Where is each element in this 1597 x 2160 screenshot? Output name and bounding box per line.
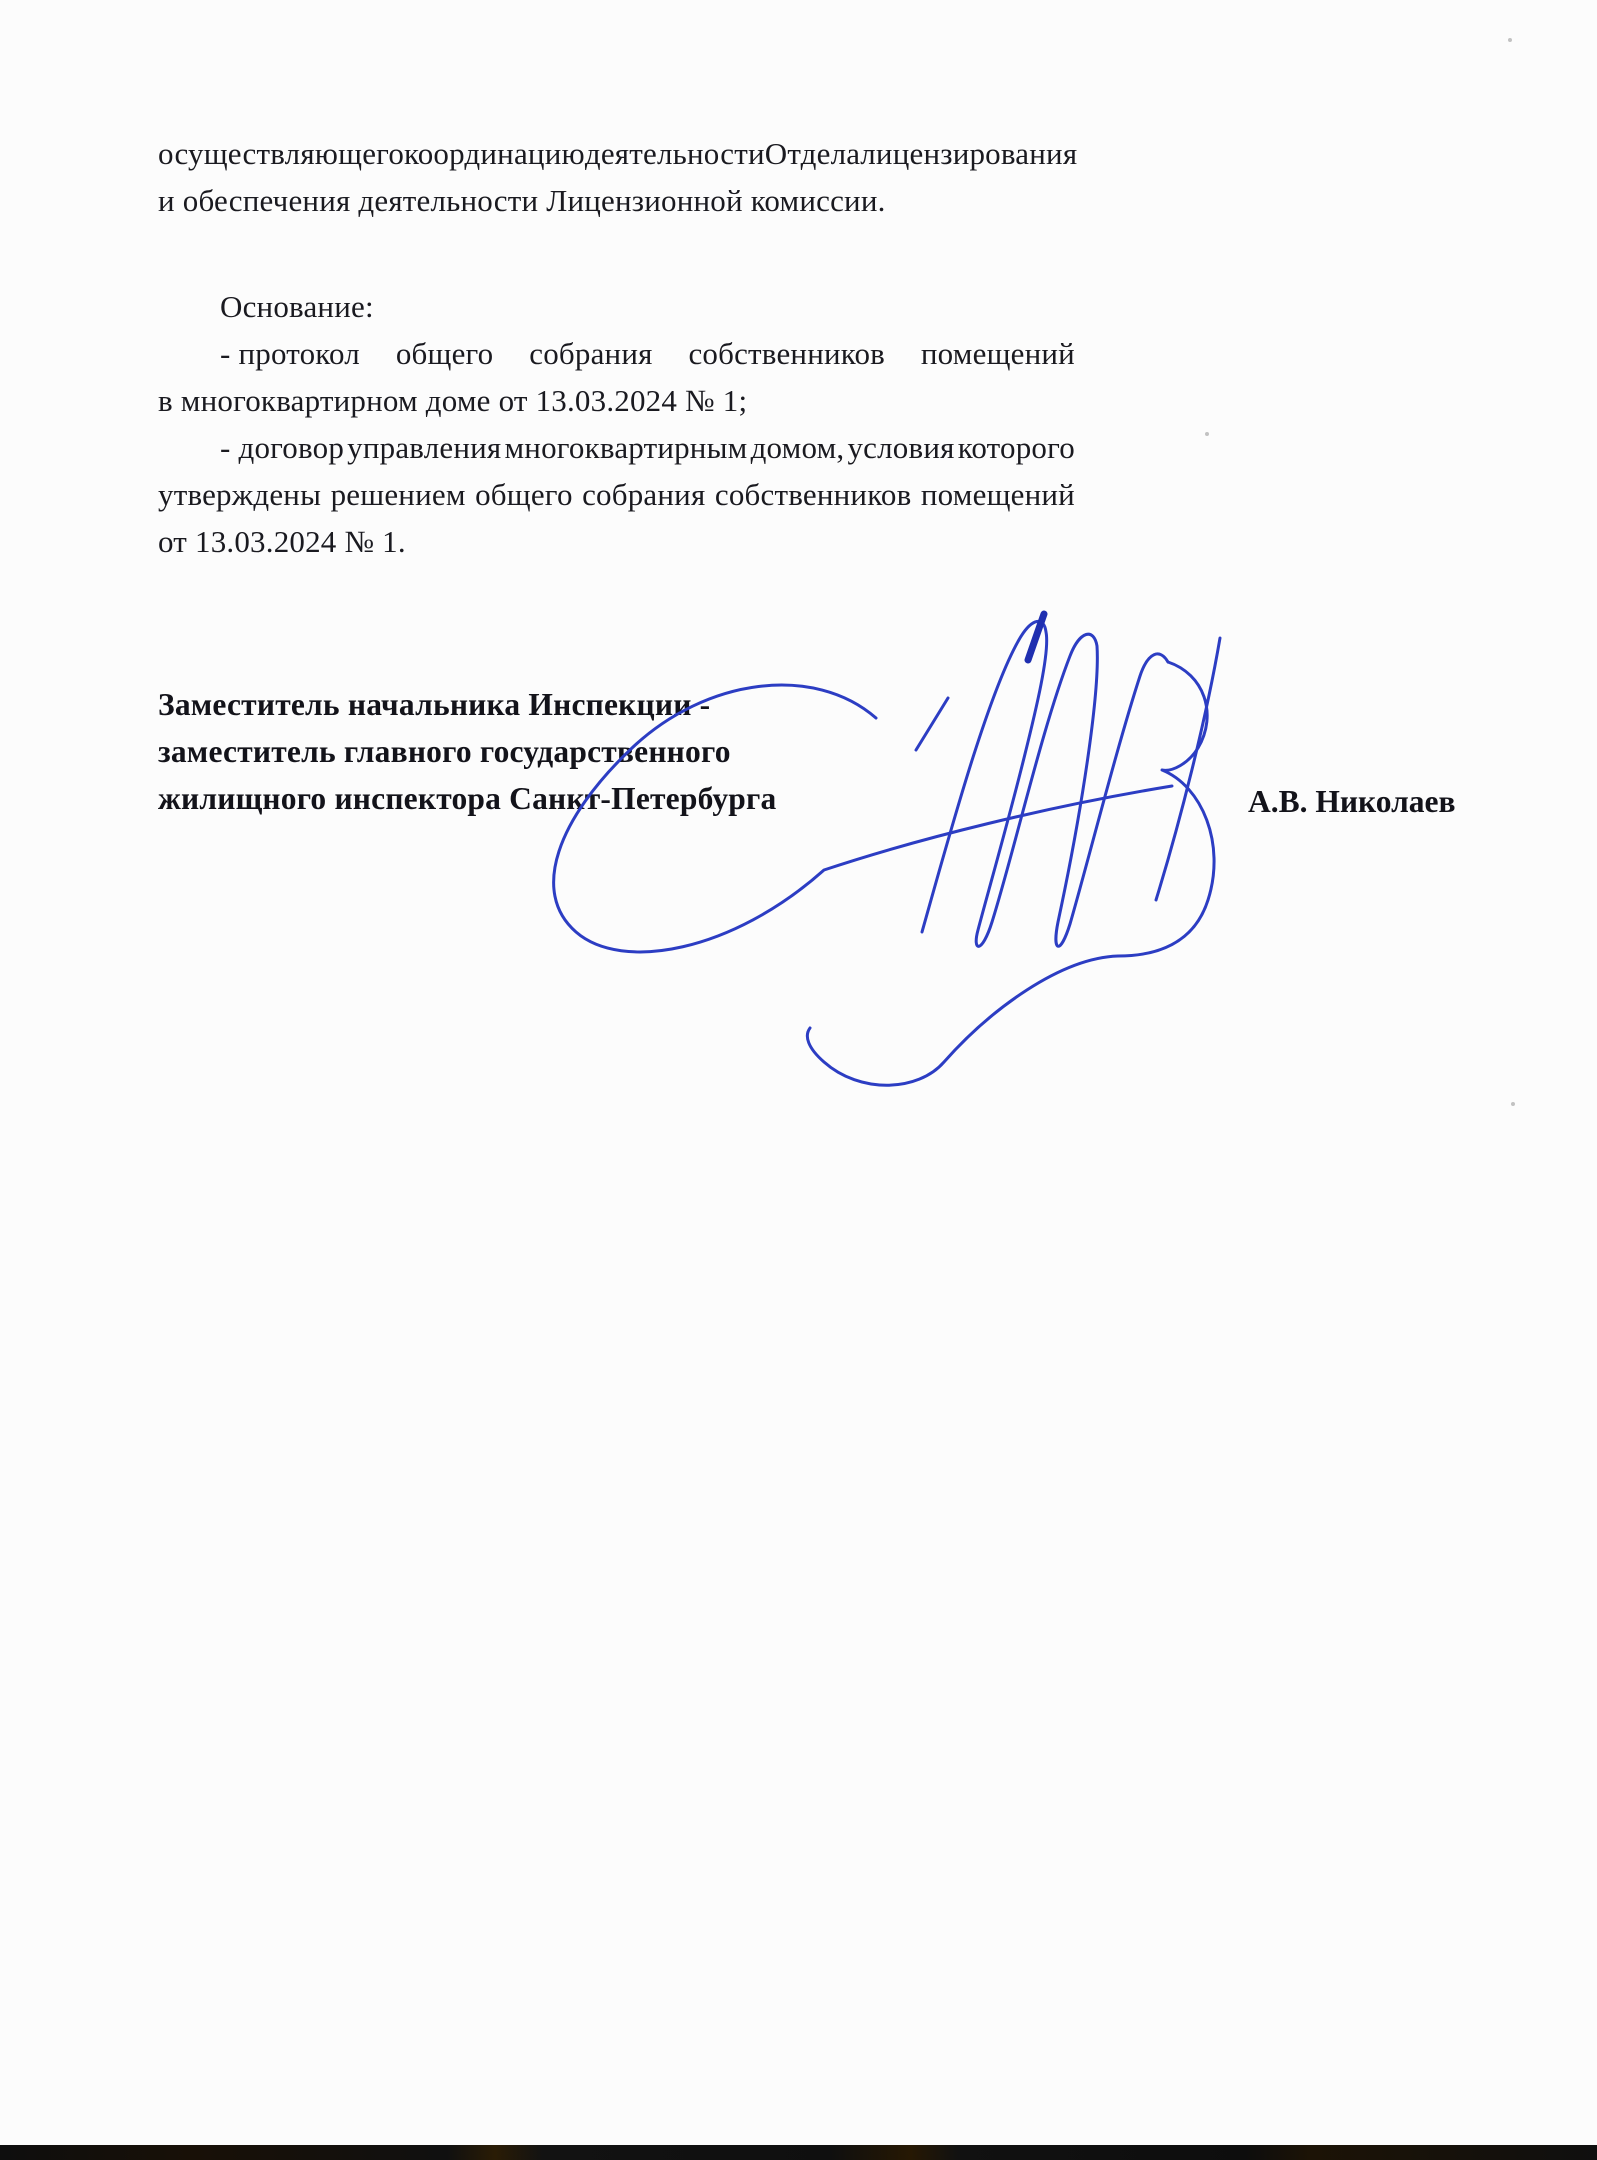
- document-line: и обеспечения деятельности Лицензионной …: [158, 177, 1075, 224]
- document-line: - договоруправлениямногоквартирнымдомом,…: [158, 424, 1075, 471]
- word: домом,: [751, 424, 845, 471]
- document-line: в многоквартирном доме от 13.03.2024 № 1…: [158, 377, 1075, 424]
- word: лицензирования: [860, 130, 1077, 177]
- document-line: от 13.03.2024 № 1.: [158, 518, 1075, 565]
- word: помещений: [921, 330, 1075, 377]
- word: осуществляющего: [158, 130, 404, 177]
- word: общего: [475, 471, 573, 518]
- word: собрания: [529, 330, 652, 377]
- word: - договор: [220, 424, 344, 471]
- word: решением: [331, 471, 466, 518]
- signature-stroke-loops: [922, 621, 1168, 946]
- word: деятельности: [585, 130, 765, 177]
- word: - протокол: [220, 330, 360, 377]
- word: утверждены: [158, 471, 321, 518]
- scan-speck: [1205, 432, 1209, 436]
- word: собрания: [582, 471, 705, 518]
- word: управления: [347, 424, 501, 471]
- word: собственников: [715, 471, 912, 518]
- word: многоквартирным: [504, 424, 747, 471]
- signer-position-line: жилищного инспектора Санкт-Петербурга: [158, 775, 776, 822]
- document-line: осуществляющегокоординациюдеятельностиОт…: [158, 130, 1075, 177]
- word: которого: [958, 424, 1075, 471]
- handwritten-signature: [520, 600, 1240, 1100]
- signer-name: А.В. Николаев: [1248, 778, 1456, 825]
- document-line: Основание:: [158, 283, 1075, 330]
- signature-stroke-upright: [1156, 638, 1220, 900]
- signature-ink-blot: [1028, 614, 1044, 660]
- word: условия: [847, 424, 954, 471]
- scanned-document-page: осуществляющегокоординациюдеятельностиОт…: [0, 0, 1597, 2160]
- word: координацию: [404, 130, 585, 177]
- word: Отдела: [765, 130, 861, 177]
- scan-speck: [1511, 1102, 1515, 1106]
- scan-speck: [1508, 38, 1512, 42]
- signature-stroke-tick: [916, 698, 948, 750]
- signature-stroke-tail: [807, 662, 1214, 1085]
- word: помещений: [921, 471, 1075, 518]
- signer-position-line: заместитель главного государственного: [158, 728, 731, 775]
- word: общего: [396, 330, 494, 377]
- document-line: - протоколобщегособраниясобственниковпом…: [158, 330, 1075, 377]
- word: собственников: [688, 330, 885, 377]
- scan-edge-artifact: [0, 2145, 1597, 2160]
- document-line: утвержденырешениемобщегособраниясобствен…: [158, 471, 1075, 518]
- signer-position-line: Заместитель начальника Инспекции -: [158, 681, 710, 728]
